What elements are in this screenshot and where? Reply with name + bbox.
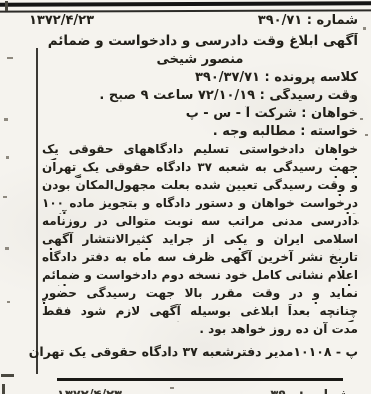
print-speck [357,222,359,224]
hearing-time-line: وقت رسیدگی : ۷۲/۱۰/۱۹ ساعت ۹ صبح . [42,88,358,106]
body-line: مدت آن ده روز خواهد بود . [42,322,358,340]
bottom-separator-rule [57,378,343,381]
notice-number: شماره : ۳۹۰/۷۱ [258,13,358,28]
print-speck [7,57,13,59]
body-line: اسلامی ایران و یکی از جراید کثیرالانتشار… [42,232,358,250]
top-rule-thick [0,1,371,7]
print-speck [6,156,9,159]
body-line: دادرسی مدنی مراتب سه نوبت متوالی در روزن… [42,214,358,232]
print-speck [4,118,8,121]
notice-title: آگهی ابلاغ وقت دادرسی و دادخواست و ضمائم… [42,33,358,52]
body-line: جهت رسیدگی به شعبه ۳۷ دادگاه حقوقی یک ته… [42,160,358,178]
notice-body: خواهان دادخواستی تسلیم دادگاههای حقوقی ی… [42,142,358,340]
print-speck [170,387,174,389]
body-line: اعلام نشانی کامل خود نسخه دوم دادخواست و… [42,268,358,286]
newspaper-notice-scan: شماره : ۳۹۰/۷۱ ۱۳۷۲/۴/۲۳ آگهی ابلاغ وقت … [0,0,371,394]
next-notice-partial-date: ۱۳۷۲/۴/۲۳ [36,388,122,394]
body-line: نماید و در وقت مقرر بالا جهت رسیدگی حضور… [42,286,358,304]
print-speck [363,27,366,30]
notice-footer-row: پ - ۱۰۱۰۸ مدیر دفترشعبه ۳۷ دادگاه حقوقی … [30,344,358,364]
print-speck [365,134,368,136]
plaintiff-line: خواهان : شرکت آ - س - پ [42,106,358,124]
body-line: خواهان دادخواستی تسلیم دادگاههای حقوقی ی… [42,142,358,160]
body-line: تاریخ نشر آخرین آگهی ظرف سه ماه به دفتر … [42,250,358,268]
print-speck [5,247,9,250]
notice-date: ۱۳۷۲/۴/۲۳ [29,13,94,28]
publication-ref: پ - ۱۰۱۰۸ [293,344,358,359]
column-divider-rule [36,48,38,374]
print-speck [2,384,5,394]
next-notice-partial-number: شماره : ۳۹۰ [228,388,350,394]
print-speck [1,374,14,377]
print-speck [350,96,352,98]
body-line: و وقت رسیدگی تعیین شده بعلت مجهول‌المکان… [42,178,358,196]
print-speck [5,1,8,11]
body-line: درخواست خواهان و دستور دادگاه و بتجویز م… [42,196,358,214]
claim-line: خواسته : مطالبه وجه . [42,124,358,142]
print-speck [360,118,363,120]
notice-recipient-name: منصور شیخی [42,52,358,70]
notice-header-row: شماره : ۳۹۰/۷۱ ۱۳۷۲/۴/۲۳ [29,13,358,31]
body-line: چنانچه بعداً ابلاغی بوسیله آگهی لازم شود… [42,304,358,322]
clerk-signature: مدیر دفترشعبه ۳۷ دادگاه حقوقی یک تهران [29,344,294,359]
case-number-line: کلاسه پرونده : ۳۹۰/۳۷/۷۱ [42,70,358,88]
print-speck [7,301,10,303]
print-speck [3,196,7,198]
case-details: کلاسه پرونده : ۳۹۰/۳۷/۷۱ وقت رسیدگی : ۷۲… [42,70,358,142]
